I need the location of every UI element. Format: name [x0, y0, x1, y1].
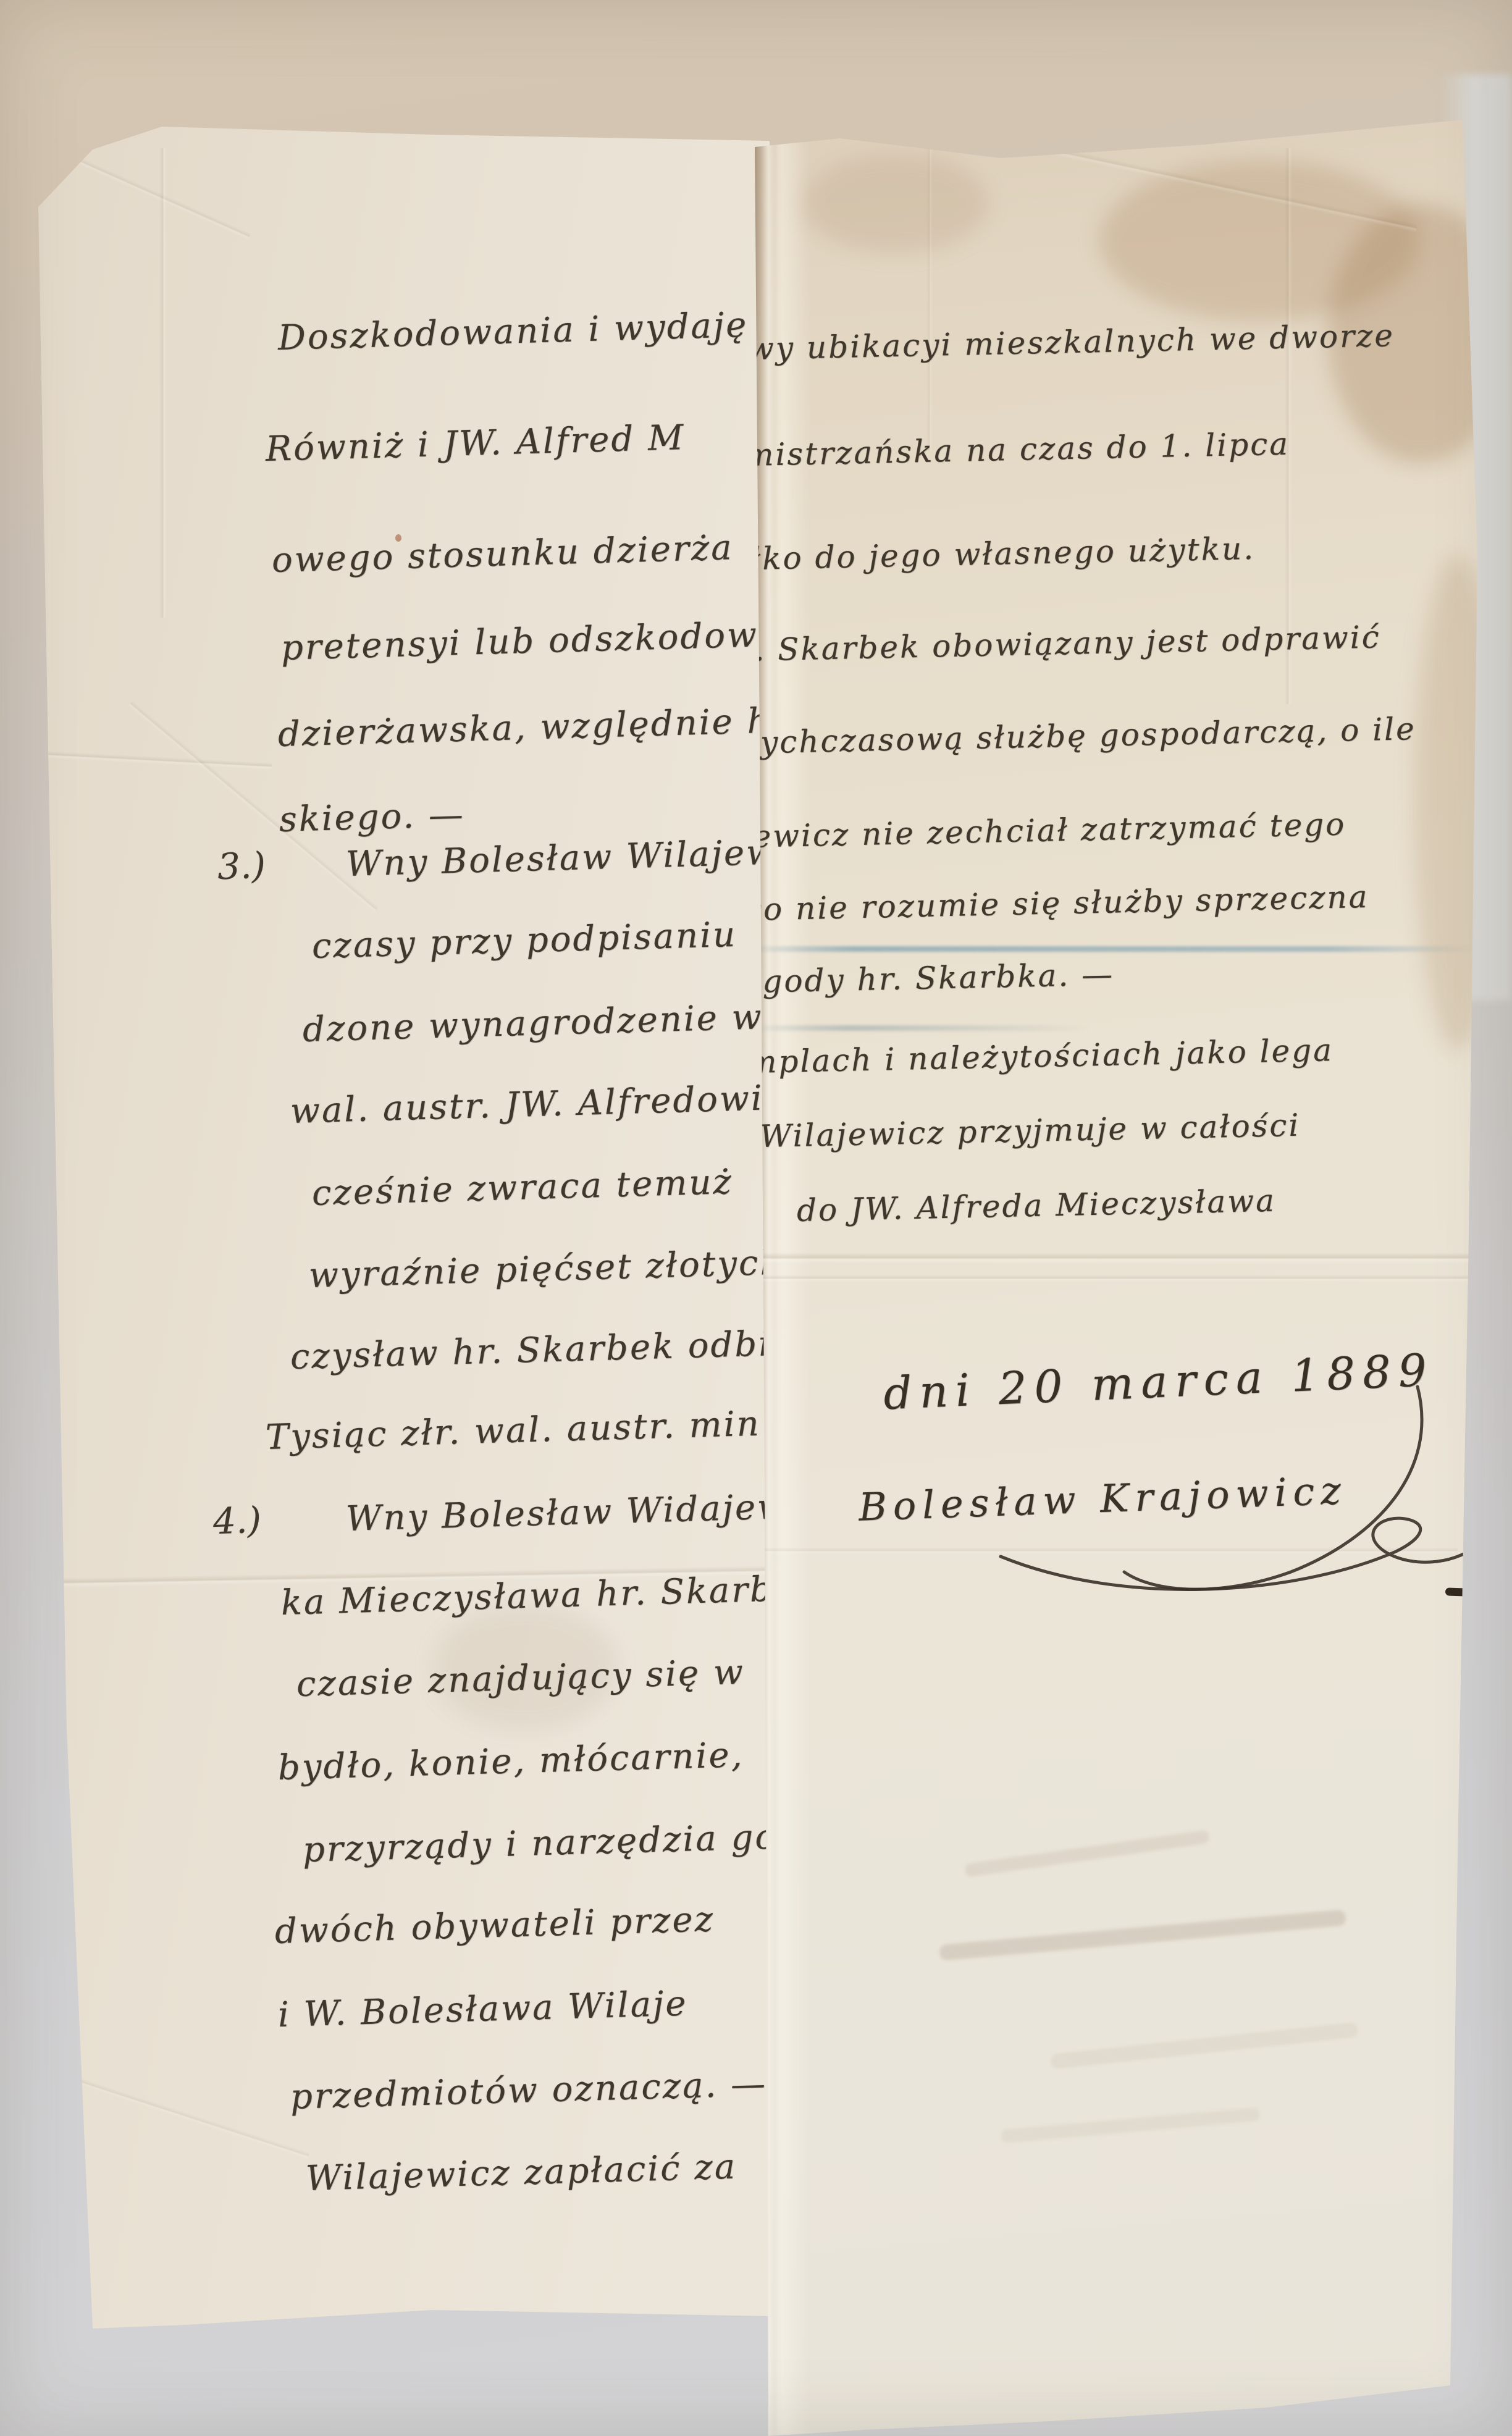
- handwritten-line: czasie znajdujący się w: [296, 1655, 745, 1702]
- handwritten-line: co nie rozumie się służby sprzeczna: [744, 881, 1369, 925]
- handwritten-line: Wilajewicz przyjmuje w całości: [759, 1110, 1300, 1152]
- handwritten-line: jewicz nie zechciał zatrzymać tego: [741, 808, 1346, 852]
- handwritten-line: wy ubikacyi mieszkalnych we dworze: [747, 320, 1395, 364]
- blue-pencil-underline: [744, 1025, 1090, 1031]
- handwritten-line: mplach i należytościach jako lega: [747, 1035, 1333, 1078]
- photo-scene: Doszkodowania i wydaję Równiż i JW. Alfr…: [0, 0, 1512, 2436]
- handwritten-line: przedmiotów oznaczą. —: [290, 2067, 768, 2115]
- paper-stain: [1099, 161, 1421, 321]
- handwritten-line: przyrządy i narzędzia go: [302, 1820, 778, 1868]
- ink-bleedthrough: [1001, 2107, 1260, 2144]
- signature-flourish: [803, 1328, 1495, 1674]
- handwritten-line: owego stosunku dzierża: [271, 531, 734, 578]
- fold-crease: [1053, 147, 1417, 232]
- handwritten-line: i W. Bolesława Wilaje: [277, 1986, 688, 2033]
- fold-crease: [926, 142, 933, 451]
- item-number: 4.): [212, 1499, 262, 1543]
- handwritten-line: Wny Bolesław Widajewic: [345, 1489, 823, 1537]
- handwritten-line: wyraźnie pięćset złotych: [308, 1246, 784, 1293]
- handwritten-line: r. Skarbek obowiązany jest odprawić: [741, 621, 1381, 666]
- handwritten-line: mistrzańska na czas do 1. lipca: [744, 429, 1290, 471]
- handwritten-line: skiego. —: [279, 798, 465, 838]
- fold-crease: [747, 1275, 1470, 1282]
- fold-crease: [61, 2072, 309, 2159]
- handwritten-line: pretensyi lub odszkodow: [280, 618, 758, 666]
- handwritten-line: dzone wynagrodzenie w: [302, 1000, 763, 1048]
- handwritten-line: do JW. Alfreda Mieczysława: [796, 1185, 1276, 1226]
- handwritten-line: łko do jego własnego użytku.: [750, 533, 1255, 574]
- handwritten-line: dwóch obywateli przez: [274, 1902, 715, 1949]
- fold-crease: [37, 750, 272, 770]
- fold-crease: [747, 1253, 1470, 1264]
- item-number: 3.): [217, 844, 266, 888]
- handwritten-line: bydło, konie, młócarnie,: [277, 1738, 744, 1786]
- paper-stain: [803, 154, 988, 253]
- fold-crease: [33, 138, 251, 240]
- handwritten-line: Doszkodowania i wydaję: [277, 308, 749, 356]
- handwritten-line: Wilajewicz zapłacić za: [305, 2150, 737, 2196]
- handwritten-line: wal. austr. JW. Alfredowi: [290, 1081, 764, 1129]
- ink-bleedthrough: [939, 1909, 1346, 1960]
- handwritten-line: Wny Bolesław Wilajewi: [345, 835, 791, 882]
- ink-bleedthrough: [1050, 2022, 1359, 2069]
- handwritten-line: Równiż i JW. Alfred M: [265, 421, 686, 467]
- handwritten-line: zgody hr. Skarbka. —: [744, 959, 1114, 997]
- handwritten-line: dychczasową służbę gospodarczą, o ile: [738, 713, 1416, 758]
- handwritten-line: dzierżawska, względnie h: [277, 704, 771, 752]
- handwritten-line: Tysiąc złr. wal. austr. min: [265, 1407, 761, 1455]
- blue-pencil-underline: [744, 946, 1473, 952]
- fold-crease: [159, 148, 167, 618]
- torn-edge-highlight: [777, 138, 810, 2436]
- ink-bleedthrough: [964, 1829, 1210, 1877]
- handwritten-line: czysław hr. Skarbek odbi: [290, 1327, 772, 1375]
- handwritten-line: ka Mieczysława hr. Skarbk: [280, 1572, 797, 1621]
- handwritten-line: czasy przy podpisaniu: [311, 918, 737, 964]
- handwritten-line: cześnie zwraca temuż: [311, 1165, 733, 1211]
